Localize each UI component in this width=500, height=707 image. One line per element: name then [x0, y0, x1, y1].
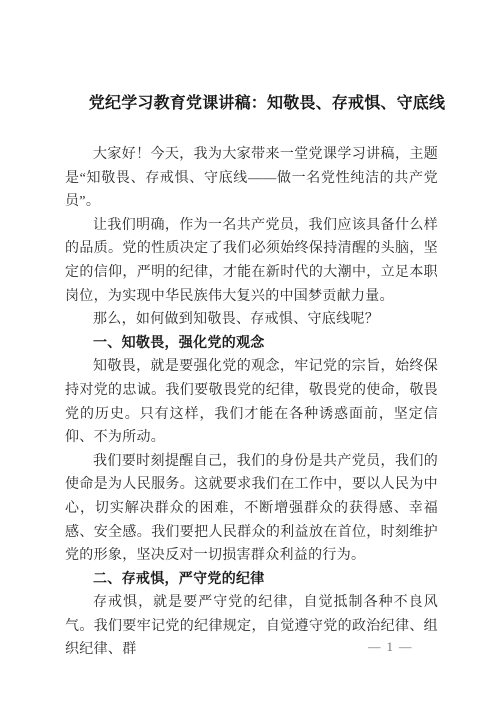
para-section1-serve-people: 我们要时刻提醒自己，我们的身份是共产党员，我们的使命是为人民服务。这就要求我们在…	[65, 450, 438, 568]
heading-section-2: 二、存戒惧，严守党的纪律	[65, 568, 438, 592]
document-page: { "doc": { "title": "党纪学习教育党课讲稿：知敬畏、存戒惧、…	[0, 0, 500, 707]
heading-section-1: 一、知敬畏，强化党的观念	[65, 332, 438, 356]
para-party-quality: 让我们明确，作为一名共产党员，我们应该具备什么样的品质。党的性质决定了我们必须始…	[65, 214, 438, 308]
para-question: 那么，如何做到知敬畏、存戒惧、守底线呢？	[65, 308, 438, 332]
para-opening: 大家好！今天，我为大家带来一堂党课学习讲稿，主题是“知敬畏、存戒惧、守底线——做…	[65, 143, 438, 214]
para-section1-strengthen-concept: 知敬畏，就是要强化党的观念，牢记党的宗旨，始终保持对党的忠诚。我们要敬畏党的纪律…	[65, 355, 438, 449]
document-body: 大家好！今天，我为大家带来一堂党课学习讲稿，主题是“知敬畏、存戒惧、守底线——做…	[65, 143, 438, 662]
document-title: 党纪学习教育党课讲稿：知敬畏、存戒惧、守底线	[0, 90, 500, 113]
page-number: — 1 —	[368, 640, 413, 654]
